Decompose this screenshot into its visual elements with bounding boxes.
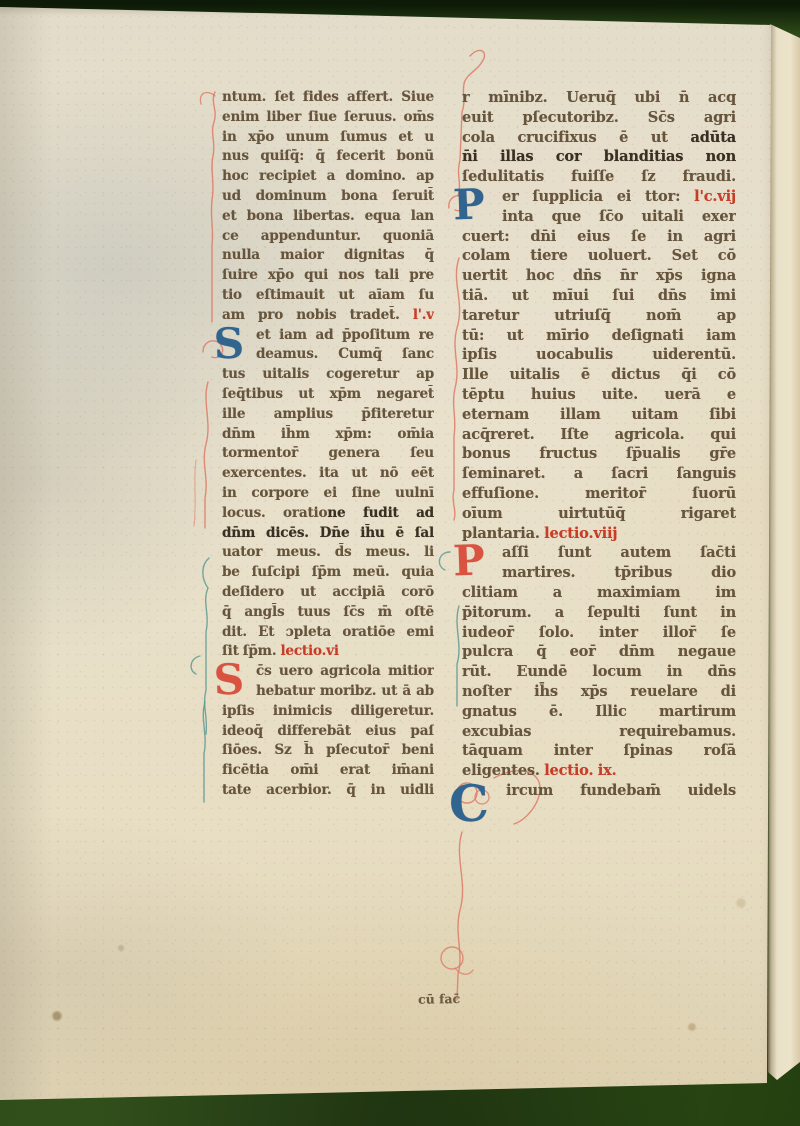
text-line: nus quiſq̄: q̄ fecerit bonū [222,147,434,167]
manuscript-text: excubias requirebamus. [462,723,736,740]
manuscript-text: ſeq̄tibus ut xp̄m negaret̄ [222,386,434,402]
manuscript-text: locus. oratio [222,505,327,521]
text-line: tēptu huius uite. uerā e [462,385,736,405]
text-line: uator meus. d̄s meus. li [222,543,434,563]
text-line: taretur utriuſq̄ nom̄ ap [462,306,736,326]
manuscript-text: ſedulitatis fuiſſe ſz fraudi. [462,168,736,185]
text-line: n̄i illas cor blanditias non [462,147,736,167]
manuscript-text: ficētia om̄i erat im̄ani [222,762,434,778]
penwork-stroke [200,93,215,104]
text-line: ipſis inimicis diligeretur. [222,702,434,722]
text-line: r mīnibz. Ueruq̄ ubi n̄ acq [462,88,736,108]
photo-background: ntum. ſet fides affert. Siueenim liber ſ… [0,0,800,1126]
text-line: hoc recipiet a domino. ap [222,167,434,187]
manuscript-text: c̄s uero agricola mitior [256,663,434,679]
manuscript-text: be ſuſcipi ſp̄m meū. quia [222,564,434,580]
manuscript-text: deamus. Cumq̄ ſanc [256,346,434,362]
manuscript-text: taretur utriuſq̄ nom̄ ap [462,307,736,324]
text-line: in xp̄o unum ſumus et u [222,128,434,148]
rubric-text: lectio.viij [544,525,617,542]
text-line: locus. oratione fudit ad [222,504,434,524]
manuscript-text: tate acerbior. q̄ in uidli [222,782,434,798]
text-line: tate acerbior. q̄ in uidli [222,781,434,801]
text-line: ſit ſp̄m. lectio.vi [222,642,434,662]
manuscript-text: n̄i illas cor blanditias non [462,148,736,165]
text-line: dn̄m dicēs. Dn̄e ih̄u ē ſal [222,524,434,544]
penwork-stroke [211,92,215,322]
text-line: tus uitalis cogeretur ap [222,365,434,385]
manuscript-text: ne fudit ad [327,505,434,521]
manuscript-text: tus uitalis cogeretur ap [222,366,434,382]
manuscript-text: exercentes. ita ut nō eēt [222,465,434,481]
manuscript-text: acq̄reret. Iſte agricola. qui [462,426,736,443]
text-line: ce appenduntur. quoniā [222,227,434,247]
text-line: tormentor̄ genera ſeu [222,444,434,464]
manuscript-text: ipſis inimicis diligeretur. [222,703,434,719]
manuscript-text: ſiōes. Sz h̄ pſecutor̄ beni [222,742,434,758]
manuscript-text: clitiam a maximiam im [462,584,736,601]
manuscript-text: ſuire xp̄o qui nos tali pre [222,267,434,283]
text-line: ſeminaret. a ſacri ſanguis [462,464,736,484]
penwork-stroke [204,382,208,528]
manuscript-text: in corpore ei ſine uulnī [222,485,434,501]
text-line: ficētia om̄i erat im̄ani [222,761,434,781]
text-line: c̄s uero agricola mitior [222,662,434,682]
penwork-stroke [194,460,196,526]
penwork-stroke [191,656,200,674]
manuscript-text: ud dominum bona ſeruit̄ [222,188,434,204]
text-line: tio eſtimauit ut aīam ſu [222,286,434,306]
text-line: excubias requirebamus. [462,722,736,742]
text-line: rūt. Eundē locum in dn̄s [462,662,736,682]
manuscript-text: euit pſecutoribz. Sc̄s agri [462,109,736,126]
manuscript-text: dn̄m ih̄m xp̄m: om̄ia [222,426,434,442]
manuscript-text: nus quiſq̄: q̄ fecerit bonū [222,148,434,164]
manuscript-text: martires. tp̄ribus dio [502,564,736,581]
catchword: cū fac̄ [418,990,508,1007]
text-line: colam tiere uoluert. Set cō [462,246,736,266]
manuscript-text: ipſis uocabulis uiderentū. [462,346,736,363]
text-line: p̄itorum. a ſepulti ſunt in [462,603,736,623]
penwork-stroke [457,832,463,1000]
manuscript-text: ideoq̄ differebāt eius paſ [222,723,434,739]
text-line: tāquam inter ſpinas roſā [462,741,736,761]
text-line: bonus fructus ſp̄ualis gr̄e [462,444,736,464]
text-line: Ille uitalis ē dictus q̄i cō [462,365,736,385]
manuscript-text: tēptu huius uite. uerā e [462,386,736,403]
manuscript-text: bonus fructus ſp̄ualis gr̄e [462,445,736,462]
text-line: noſter ih̄s xp̄s reuelare di [462,682,736,702]
manuscript-text: enim liber ſiue ſeruus. om̄s [222,109,434,125]
text-line: clitiam a maximiam im [462,583,736,603]
text-line: exercentes. ita ut nō eēt [222,464,434,484]
text-line: ſedulitatis fuiſſe ſz fraudi. [462,167,736,187]
text-line: et bona libertas. equa lan [222,207,434,227]
manuscript-text: dit. Et ɔpleta oratiōe emi [222,624,434,640]
text-column-right: r mīnibz. Ueruq̄ ubi n̄ acqeuit pſecutor… [462,88,736,801]
manuscript-text: tāquam inter ſpinas roſā [462,742,736,759]
text-line: ſuire xp̄o qui nos tali pre [222,266,434,286]
manuscript-text: er ſupplicia ei ttor: [502,188,694,205]
manuscript-page: ntum. ſet fides affert. Siueenim liber ſ… [0,0,800,1126]
manuscript-text: eternam illam uitam ſibi [462,406,736,423]
text-line: hebatur moribz. ut ā ab [222,682,434,702]
manuscript-text: hoc recipiet a domino. ap [222,168,434,184]
text-line: am pro nobis tradet̄. l'.v [222,306,434,326]
manuscript-text: cola crucifixus ē ut [462,129,691,146]
text-line: ideoq̄ differebāt eius paſ [222,722,434,742]
manuscript-text: effuſione. meritor̄ ſuorū [462,485,736,502]
manuscript-text: uator meus. d̄s meus. li [222,544,434,560]
manuscript-text: uertit hoc dn̄s n̄r xp̄s igna [462,267,736,284]
text-line: enim liber ſiue ſeruus. om̄s [222,108,434,128]
manuscript-text: inta que ſc̄o uitali exer [502,208,736,225]
text-line: ipſis uocabulis uiderentū. [462,345,736,365]
manuscript-text: pulcra q̄ eor̄ dn̄m negaue [462,643,736,660]
penwork-ring [441,947,463,969]
penwork-stroke [203,558,209,734]
manuscript-text: et bona libertas. equa lan [222,208,434,224]
text-line: deamus. Cumq̄ ſanc [222,345,434,365]
text-line: dit. Et ɔpleta oratiōe emi [222,623,434,643]
manuscript-text: in xp̄o unum ſumus et u [222,129,434,145]
penwork-stroke [453,258,459,520]
text-line: deſidero ut accipiā corō [222,583,434,603]
text-line: acq̄reret. Iſte agricola. qui [462,425,736,445]
manuscript-text: p̄itorum. a ſepulti ſunt in [462,604,736,621]
manuscript-text: tū: ut mīrio deſignati iam [462,327,736,344]
rubric-text: lectio. ix. [544,762,616,779]
text-line: be ſuſcipi ſp̄m meū. quia [222,563,434,583]
text-line: dn̄m ih̄m xp̄m: om̄ia [222,425,434,445]
book-fore-edge [768,22,800,1084]
penwork-stroke [203,702,205,802]
manuscript-text: oīum uirtutūq̄ rigaret [462,505,736,522]
text-line: ntum. ſet fides affert. Siue [222,88,434,108]
text-line: nulla maior dignitas q̄ [222,246,434,266]
manuscript-text: nulla maior dignitas q̄ [222,247,434,263]
manuscript-text: q̄ angl̄s tuus ſc̄s m̄ oſtē [222,604,434,620]
text-line: cuert: dn̄i eius ſe in agri [462,227,736,247]
manuscript-text: deſidero ut accipiā corō [222,584,434,600]
text-line: euit pſecutoribz. Sc̄s agri [462,108,736,128]
manuscript-text: ce appenduntur. quoniā [222,228,434,244]
manuscript-text: colam tiere uoluert. Set cō [462,247,736,264]
manuscript-text: tiā. ut mīui ſui dn̄s imi [462,287,736,304]
text-line: tiā. ut mīui ſui dn̄s imi [462,286,736,306]
manuscript-text: aſſi ſunt autem ſac̄ti [502,544,736,561]
text-line: effuſione. meritor̄ ſuorū [462,484,736,504]
text-line: martires. tp̄ribus dio [462,563,736,583]
text-column-left: ntum. ſet fides affert. Siueenim liber ſ… [222,88,434,801]
text-line: ſeq̄tibus ut xp̄m negaret̄ [222,385,434,405]
text-line: tū: ut mīrio deſignati iam [462,326,736,346]
manuscript-text: hebatur moribz. ut ā ab [256,683,434,699]
text-line: uertit hoc dn̄s n̄r xp̄s igna [462,266,736,286]
manuscript-text: noſter ih̄s xp̄s reuelare di [462,683,736,700]
manuscript-text: r mīnibz. Ueruq̄ ubi n̄ acq [462,89,736,106]
manuscript-text: rūt. Eundē locum in dn̄s [462,663,736,680]
text-line: aſſi ſunt autem ſac̄ti [462,543,736,563]
rubric-text: l'c.vij [694,188,736,205]
text-line: ſiōes. Sz h̄ pſecutor̄ beni [222,741,434,761]
text-line: q̄ angl̄s tuus ſc̄s m̄ oſtē [222,603,434,623]
manuscript-text: adūta [691,129,736,146]
text-line: ille amplius p̄fiteretur [222,405,434,425]
text-line: inta que ſc̄o uitali exer [462,207,736,227]
manuscript-text: et iam ad p̄poſitum re [256,327,434,343]
rubric-text: l'.v [413,307,434,323]
text-line: pulcra q̄ eor̄ dn̄m negaue [462,642,736,662]
text-line: in corpore ei ſine uulnī [222,484,434,504]
text-line: eternam illam uitam ſibi [462,405,736,425]
manuscript-text: Ille uitalis ē dictus q̄i cō [462,366,736,383]
text-line: iudeor̄ ſolo. inter illor̄ ſe [462,623,736,643]
text-line: plantaria. lectio.viij [462,524,736,544]
text-line: er ſupplicia ei ttor: l'c.vij [462,187,736,207]
text-line: gnatus ē. Illic martirum [462,702,736,722]
text-line: eligentes. lectio. ix. [462,761,736,781]
penwork-stroke [455,968,473,974]
text-line: oīum uirtutūq̄ rigaret [462,504,736,524]
manuscript-text: ircum fundebam̄ uidels [506,782,736,799]
text-line: ud dominum bona ſeruit̄ [222,187,434,207]
manuscript-text: cuert: dn̄i eius ſe in agri [462,228,736,245]
text-line: cola crucifixus ē ut adūta [462,128,736,148]
manuscript-text: tormentor̄ genera ſeu [222,445,434,461]
text-line: ircum fundebam̄ uidels [462,781,736,801]
manuscript-text: iudeor̄ ſolo. inter illor̄ ſe [462,624,736,641]
manuscript-text: tio eſtimauit ut aīam ſu [222,287,434,303]
manuscript-text: gnatus ē. Illic martirum [462,703,736,720]
manuscript-text: dn̄m dicēs. Dn̄e ih̄u ē ſal [222,525,434,541]
penwork-stroke [457,606,459,706]
rubric-text: lectio.vi [280,643,338,659]
manuscript-text: ille amplius p̄fiteretur [222,406,434,422]
manuscript-text: ntum. ſet fides affert. Siue [222,89,434,105]
text-line: et iam ad p̄poſitum re [222,326,434,346]
manuscript-text: ſeminaret. a ſacri ſanguis [462,465,736,482]
